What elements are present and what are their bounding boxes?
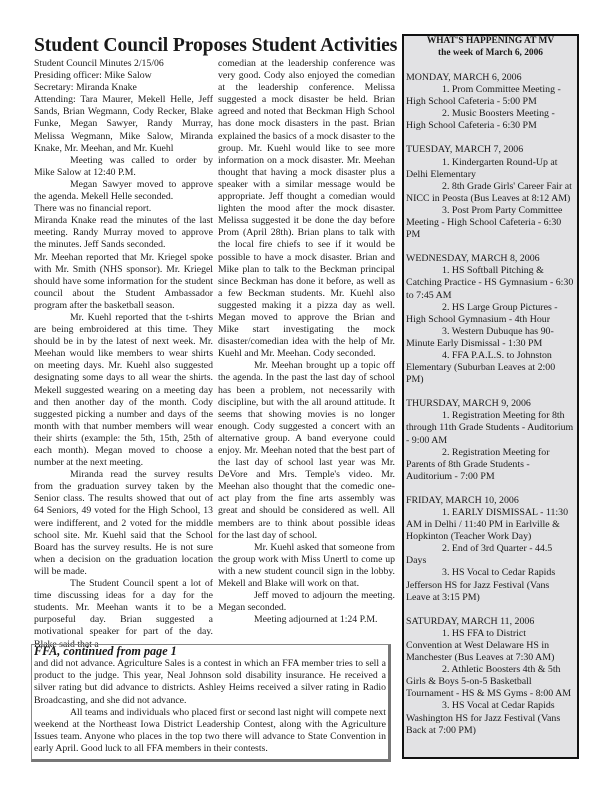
sidebar-subheading: the week of March 6, 2006	[404, 47, 577, 60]
article-paragraph: Meeting was called to order by Mike Salo…	[34, 155, 213, 179]
article-paragraph: Miranda read the survey results from the…	[34, 469, 213, 578]
event-item: 1. HS FFA to District Convention at West…	[406, 628, 574, 664]
event-item: 4. FFA P.A.L.S. to Johnston Elementary (…	[406, 350, 574, 386]
secretary: Secretary: Miranda Knake	[34, 82, 213, 94]
event-item: 2. HS Large Group Pictures - High School…	[406, 302, 574, 326]
article-paragraph: Miranda Knake read the minutes of the la…	[34, 215, 213, 251]
day-heading: FRIDAY, MARCH 10, 2006	[406, 495, 574, 507]
day-monday: MONDAY, MARCH 6, 2006 1. Prom Committee …	[404, 72, 577, 132]
event-item: 1. Kindergarten Round-Up at Delhi Elemen…	[406, 157, 574, 181]
event-item: 3. Post Prom Party Committee Meeting - H…	[406, 205, 574, 241]
minutes-date: Student Council Minutes 2/15/06	[34, 58, 213, 70]
event-item: 1. EARLY DISMISSAL - 11:30 AM in Delhi /…	[406, 507, 574, 543]
article-paragraph: Mr. Kuehl asked that someone from the gr…	[218, 542, 395, 590]
day-thursday: THURSDAY, MARCH 9, 2006 1. Registration …	[404, 398, 577, 483]
article-paragraph: There was no financial report.	[34, 203, 213, 215]
article-headline: Student Council Proposes Student Activit…	[34, 34, 394, 58]
event-item: 3. Western Dubuque has 90-Minute Early D…	[406, 326, 574, 350]
event-item: 2. Registration Meeting for Parents of 8…	[406, 447, 574, 483]
whats-happening-sidebar: WHAT'S HAPPENING AT MV the week of March…	[402, 34, 579, 759]
article-paragraph: Megan Sawyer moved to approve the agenda…	[34, 179, 213, 203]
article-paragraph: comedian at the leadership conference wa…	[218, 58, 395, 360]
presiding-officer: Presiding officer: Mike Salow	[34, 70, 213, 82]
article-paragraph: Mr. Meehan reported that Mr. Kriegel spo…	[34, 252, 213, 312]
article-paragraph: Mr. Kuehl reported that the t-shirts are…	[34, 312, 213, 469]
ffa-continued-box: FFA, continued from page 1 and did not a…	[31, 644, 391, 762]
day-heading: THURSDAY, MARCH 9, 2006	[406, 398, 574, 410]
article-paragraph: Jeff moved to adjourn the meeting. Megan…	[218, 590, 395, 614]
event-item: 1. Prom Committee Meeting - High School …	[406, 84, 574, 108]
article-column-left: Student Council Minutes 2/15/06 Presidin…	[34, 58, 213, 651]
sidebar-heading: WHAT'S HAPPENING AT MV	[404, 36, 577, 47]
event-item: 3. HS Vocal at Cedar Rapids Washington H…	[406, 700, 574, 736]
event-item: 2. Athletic Boosters 4th & 5th Girls & B…	[406, 664, 574, 700]
event-item: 2. 8th Grade Girls' Career Fair at NICC …	[406, 181, 574, 205]
article-column-middle: comedian at the leadership conference wa…	[218, 58, 395, 626]
ffa-continued-heading: FFA, continued from page 1	[34, 645, 386, 658]
day-saturday: SATURDAY, MARCH 11, 2006 1. HS FFA to Di…	[404, 616, 577, 737]
article-paragraph: The Student Council spent a lot of time …	[34, 578, 213, 651]
adjournment-line: Meeting adjourned at 1:24 P.M.	[218, 614, 395, 626]
article-paragraph: Mr. Meehan brought up a topic off the ag…	[218, 360, 395, 541]
ffa-paragraph: All teams and individuals who placed fir…	[34, 707, 386, 756]
day-heading: WEDNESDAY, MARCH 8, 2006	[406, 253, 574, 265]
day-friday: FRIDAY, MARCH 10, 2006 1. EARLY DISMISSA…	[404, 495, 577, 604]
event-item: 2. Music Boosters Meeting - High School …	[406, 108, 574, 132]
day-wednesday: WEDNESDAY, MARCH 8, 2006 1. HS Softball …	[404, 253, 577, 386]
attending-list: Attending: Tara Maurer, Mekell Helle, Je…	[34, 94, 213, 154]
day-tuesday: TUESDAY, MARCH 7, 2006 1. Kindergarten R…	[404, 144, 577, 241]
ffa-paragraph: and did not advance. Agriculture Sales i…	[34, 658, 386, 707]
event-item: 1. HS Softball Pitching & Catching Pract…	[406, 265, 574, 301]
day-heading: SATURDAY, MARCH 11, 2006	[406, 616, 574, 628]
day-heading: TUESDAY, MARCH 7, 2006	[406, 144, 574, 156]
day-heading: MONDAY, MARCH 6, 2006	[406, 72, 574, 84]
event-item: 3. HS Vocal to Cedar Rapids Jefferson HS…	[406, 567, 574, 603]
event-item: 2. End of 3rd Quarter - 44.5 Days	[406, 543, 574, 567]
event-item: 1. Registration Meeting for 8th through …	[406, 410, 574, 446]
